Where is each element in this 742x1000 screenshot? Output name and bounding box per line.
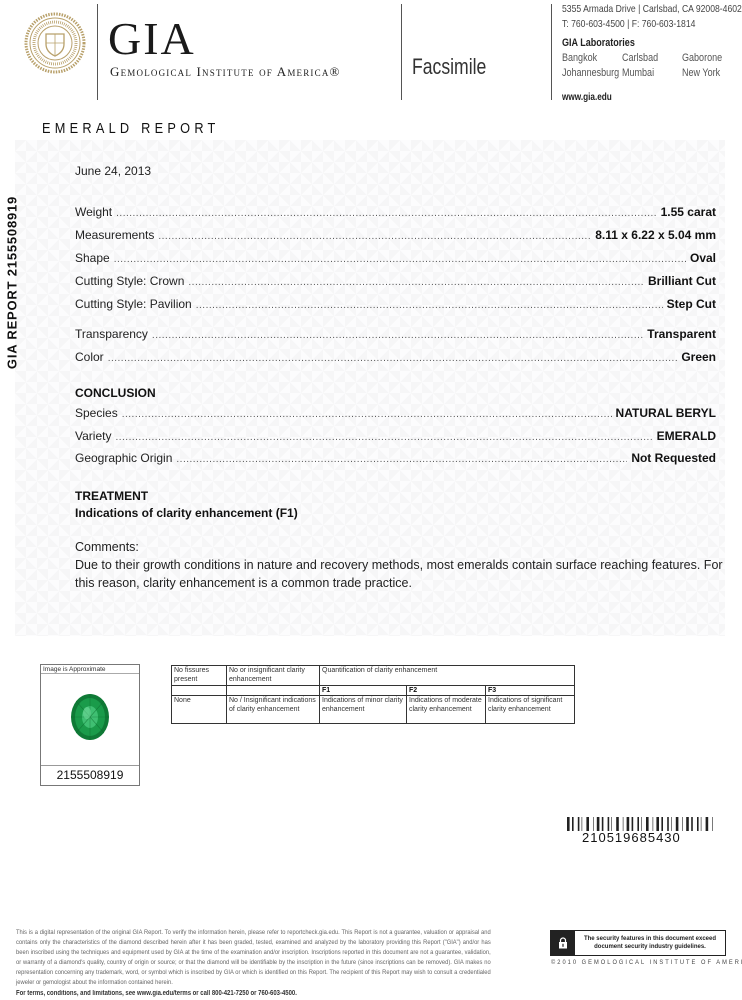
emerald-gem-icon bbox=[70, 693, 110, 741]
property-label: Transparency bbox=[75, 327, 148, 341]
terms-text: For terms, conditions, and limitations, … bbox=[16, 990, 297, 997]
document-type: Facsimile bbox=[412, 54, 486, 80]
leader-dots bbox=[115, 432, 652, 443]
table-header-cell: No fissures present bbox=[172, 666, 227, 686]
leader-dots bbox=[176, 454, 627, 465]
property-label: Measurements bbox=[75, 228, 154, 242]
description-cell: Indications of moderate clarity enhancem… bbox=[407, 696, 486, 724]
disclaimer-text: This is a digital representation of the … bbox=[16, 928, 491, 988]
grade-cell: F1 bbox=[320, 686, 407, 696]
conclusion-row-species: SpeciesNATURAL BERYL bbox=[75, 406, 716, 420]
conclusion-value: Not Requested bbox=[631, 451, 716, 465]
conclusion-row-origin: Geographic OriginNot Requested bbox=[75, 451, 716, 465]
property-value: Oval bbox=[690, 251, 716, 265]
image-report-number: 2155508919 bbox=[41, 765, 139, 785]
clarity-enhancement-table: No fissures present No or insignificant … bbox=[171, 665, 575, 724]
lab-city: Mumbai bbox=[622, 67, 654, 79]
description-cell: No / Insignificant indications of clarit… bbox=[227, 696, 320, 724]
property-label: Cutting Style: Pavilion bbox=[75, 297, 192, 311]
leader-dots bbox=[114, 254, 686, 265]
table-header-cell: Quantification of clarity enhancement bbox=[320, 666, 575, 686]
grade-cell bbox=[172, 686, 227, 696]
description-cell: Indications of minor clarity enhancement bbox=[320, 696, 407, 724]
labs-title: GIA Laboratories bbox=[562, 37, 635, 49]
grade-cell bbox=[227, 686, 320, 696]
header-divider bbox=[551, 4, 552, 100]
leader-dots bbox=[152, 330, 643, 341]
conclusion-value: NATURAL BERYL bbox=[616, 406, 716, 420]
website-link[interactable]: www.gia.edu bbox=[562, 92, 612, 103]
conclusion-label: Geographic Origin bbox=[75, 451, 172, 465]
leader-dots bbox=[158, 231, 591, 242]
institute-name: Gemological Institute of America® bbox=[110, 64, 341, 80]
header-divider bbox=[401, 4, 402, 100]
image-caption: Image is Approximate bbox=[41, 665, 139, 674]
leader-dots bbox=[188, 277, 644, 288]
treatment-heading: TREATMENT bbox=[75, 489, 148, 503]
table-header-cell: No or insignificant clarity enhancement bbox=[227, 666, 320, 686]
report-title: EMERALD REPORT bbox=[42, 120, 220, 137]
treatment-finding: Indications of clarity enhancement (F1) bbox=[75, 506, 298, 520]
gem-image-box: Image is Approximate 2155508919 bbox=[40, 664, 140, 786]
property-row-crown: Cutting Style: CrownBrilliant Cut bbox=[75, 274, 716, 288]
conclusion-row-variety: VarietyEMERALD bbox=[75, 429, 716, 443]
property-row-shape: ShapeOval bbox=[75, 251, 716, 265]
leader-dots bbox=[196, 300, 663, 311]
side-report-number: GIA REPORT 2155508919 bbox=[5, 193, 20, 373]
conclusion-value: EMERALD bbox=[657, 429, 716, 443]
property-label: Weight bbox=[75, 205, 112, 219]
lab-city: Johannesburg bbox=[562, 67, 619, 79]
gia-logo: GIA bbox=[108, 14, 196, 64]
leader-dots bbox=[116, 208, 656, 219]
property-value: 8.11 x 6.22 x 5.04 mm bbox=[595, 228, 716, 242]
conclusion-label: Species bbox=[75, 406, 118, 420]
copyright: ©2010 GEMOLOGICAL INSTITUTE OF AMERICA, … bbox=[551, 959, 742, 966]
gia-seal-icon bbox=[24, 12, 86, 74]
lab-city: Gaborone bbox=[682, 52, 722, 64]
property-value: Transparent bbox=[647, 327, 716, 341]
property-value: 1.55 carat bbox=[661, 205, 716, 219]
property-row-pavilion: Cutting Style: PavilionStep Cut bbox=[75, 297, 716, 311]
conclusion-label: Variety bbox=[75, 429, 111, 443]
security-notice-text: The security features in this document e… bbox=[575, 931, 725, 955]
barcode bbox=[567, 817, 713, 831]
leader-dots bbox=[122, 409, 612, 420]
header-divider bbox=[97, 4, 98, 100]
phone-line: T: 760-603-4500 | F: 760-603-1814 bbox=[562, 18, 695, 30]
lab-city: Carlsbad bbox=[622, 52, 658, 64]
lock-icon bbox=[551, 931, 575, 955]
property-label: Shape bbox=[75, 251, 110, 265]
description-cell: Indications of significant clarity enhan… bbox=[486, 696, 575, 724]
grade-cell: F2 bbox=[407, 686, 486, 696]
property-row-transparency: TransparencyTransparent bbox=[75, 327, 716, 341]
lab-city: Bangkok bbox=[562, 52, 597, 64]
barcode-number: 210519685430 bbox=[582, 830, 681, 845]
property-value: Green bbox=[681, 350, 716, 364]
comments-label: Comments: bbox=[75, 540, 139, 554]
property-row-measurements: Measurements8.11 x 6.22 x 5.04 mm bbox=[75, 228, 716, 242]
property-row-weight: Weight1.55 carat bbox=[75, 205, 716, 219]
description-cell: None bbox=[172, 696, 227, 724]
report-date: June 24, 2013 bbox=[75, 164, 151, 178]
lab-city: New York bbox=[682, 67, 720, 79]
grade-cell: F3 bbox=[486, 686, 575, 696]
property-label: Cutting Style: Crown bbox=[75, 274, 184, 288]
security-notice: The security features in this document e… bbox=[550, 930, 726, 956]
property-label: Color bbox=[75, 350, 104, 364]
leader-dots bbox=[108, 353, 678, 364]
address-line: 5355 Armada Drive | Carlsbad, CA 92008-4… bbox=[562, 3, 742, 15]
conclusion-heading: CONCLUSION bbox=[75, 386, 156, 400]
property-row-color: ColorGreen bbox=[75, 350, 716, 364]
comments-text: Due to their growth conditions in nature… bbox=[75, 556, 725, 592]
property-value: Brilliant Cut bbox=[648, 274, 716, 288]
property-value: Step Cut bbox=[667, 297, 716, 311]
